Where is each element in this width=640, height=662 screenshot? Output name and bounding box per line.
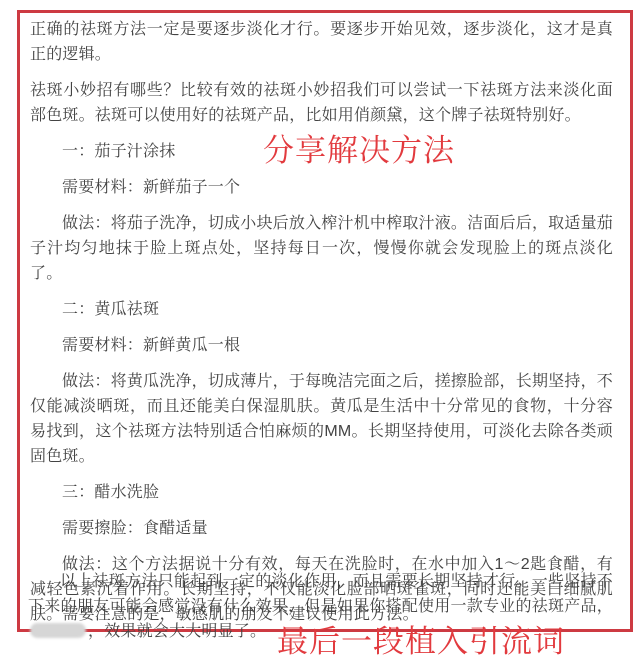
paragraph-tips-overview: 祛斑小妙招有哪些？比较有效的祛斑小妙招我们可以尝试一下祛斑方法来淡化面部色斑。祛… [30,78,613,128]
annotation-last-paragraph: 最后一段植入引流词 [277,625,565,659]
section-3-title: 三：醋水洗脸 [30,480,613,505]
section-1-materials: 需要材料：新鲜茄子一个 [30,175,613,200]
section-2-method: 做法：将黄瓜洗净，切成薄片，于每晚洁完面之后，搓擦脸部，长期坚持，不仅能减淡晒斑… [30,369,613,469]
section-1-method: 做法：将茄子洗净，切成小块后放入榨汁机中榨取汁液。洁面后后，取适量茄子汁均匀地抹… [30,211,613,286]
closing-text-before-censor: 以上祛斑方法只能起到一定的淡化作用，而且需要长期坚持才行。一些坚持不下来的朋友可… [28,573,613,615]
censored-product-blur [30,623,86,638]
red-highlight-box: 正确的祛斑方法一定是要逐步淡化才行。要逐步开始见效，逐步淡化，这才是真正的逻辑。… [17,10,633,632]
section-2-materials: 需要材料：新鲜黄瓜一根 [30,333,613,358]
section-3-materials: 需要擦脸：食醋适量 [30,516,613,541]
annotation-share-method: 分享解决方法 [263,134,455,168]
closing-text-after-censor: ，效果就会大大明显了。 [88,623,266,640]
paragraph-intro: 正确的祛斑方法一定是要逐步淡化才行。要逐步开始见效，逐步淡化，这才是真正的逻辑。 [30,17,613,67]
article-page: 正确的祛斑方法一定是要逐步淡化才行。要逐步开始见效，逐步淡化，这才是真正的逻辑。… [0,0,640,662]
section-2-title: 二：黄瓜祛斑 [30,297,613,322]
